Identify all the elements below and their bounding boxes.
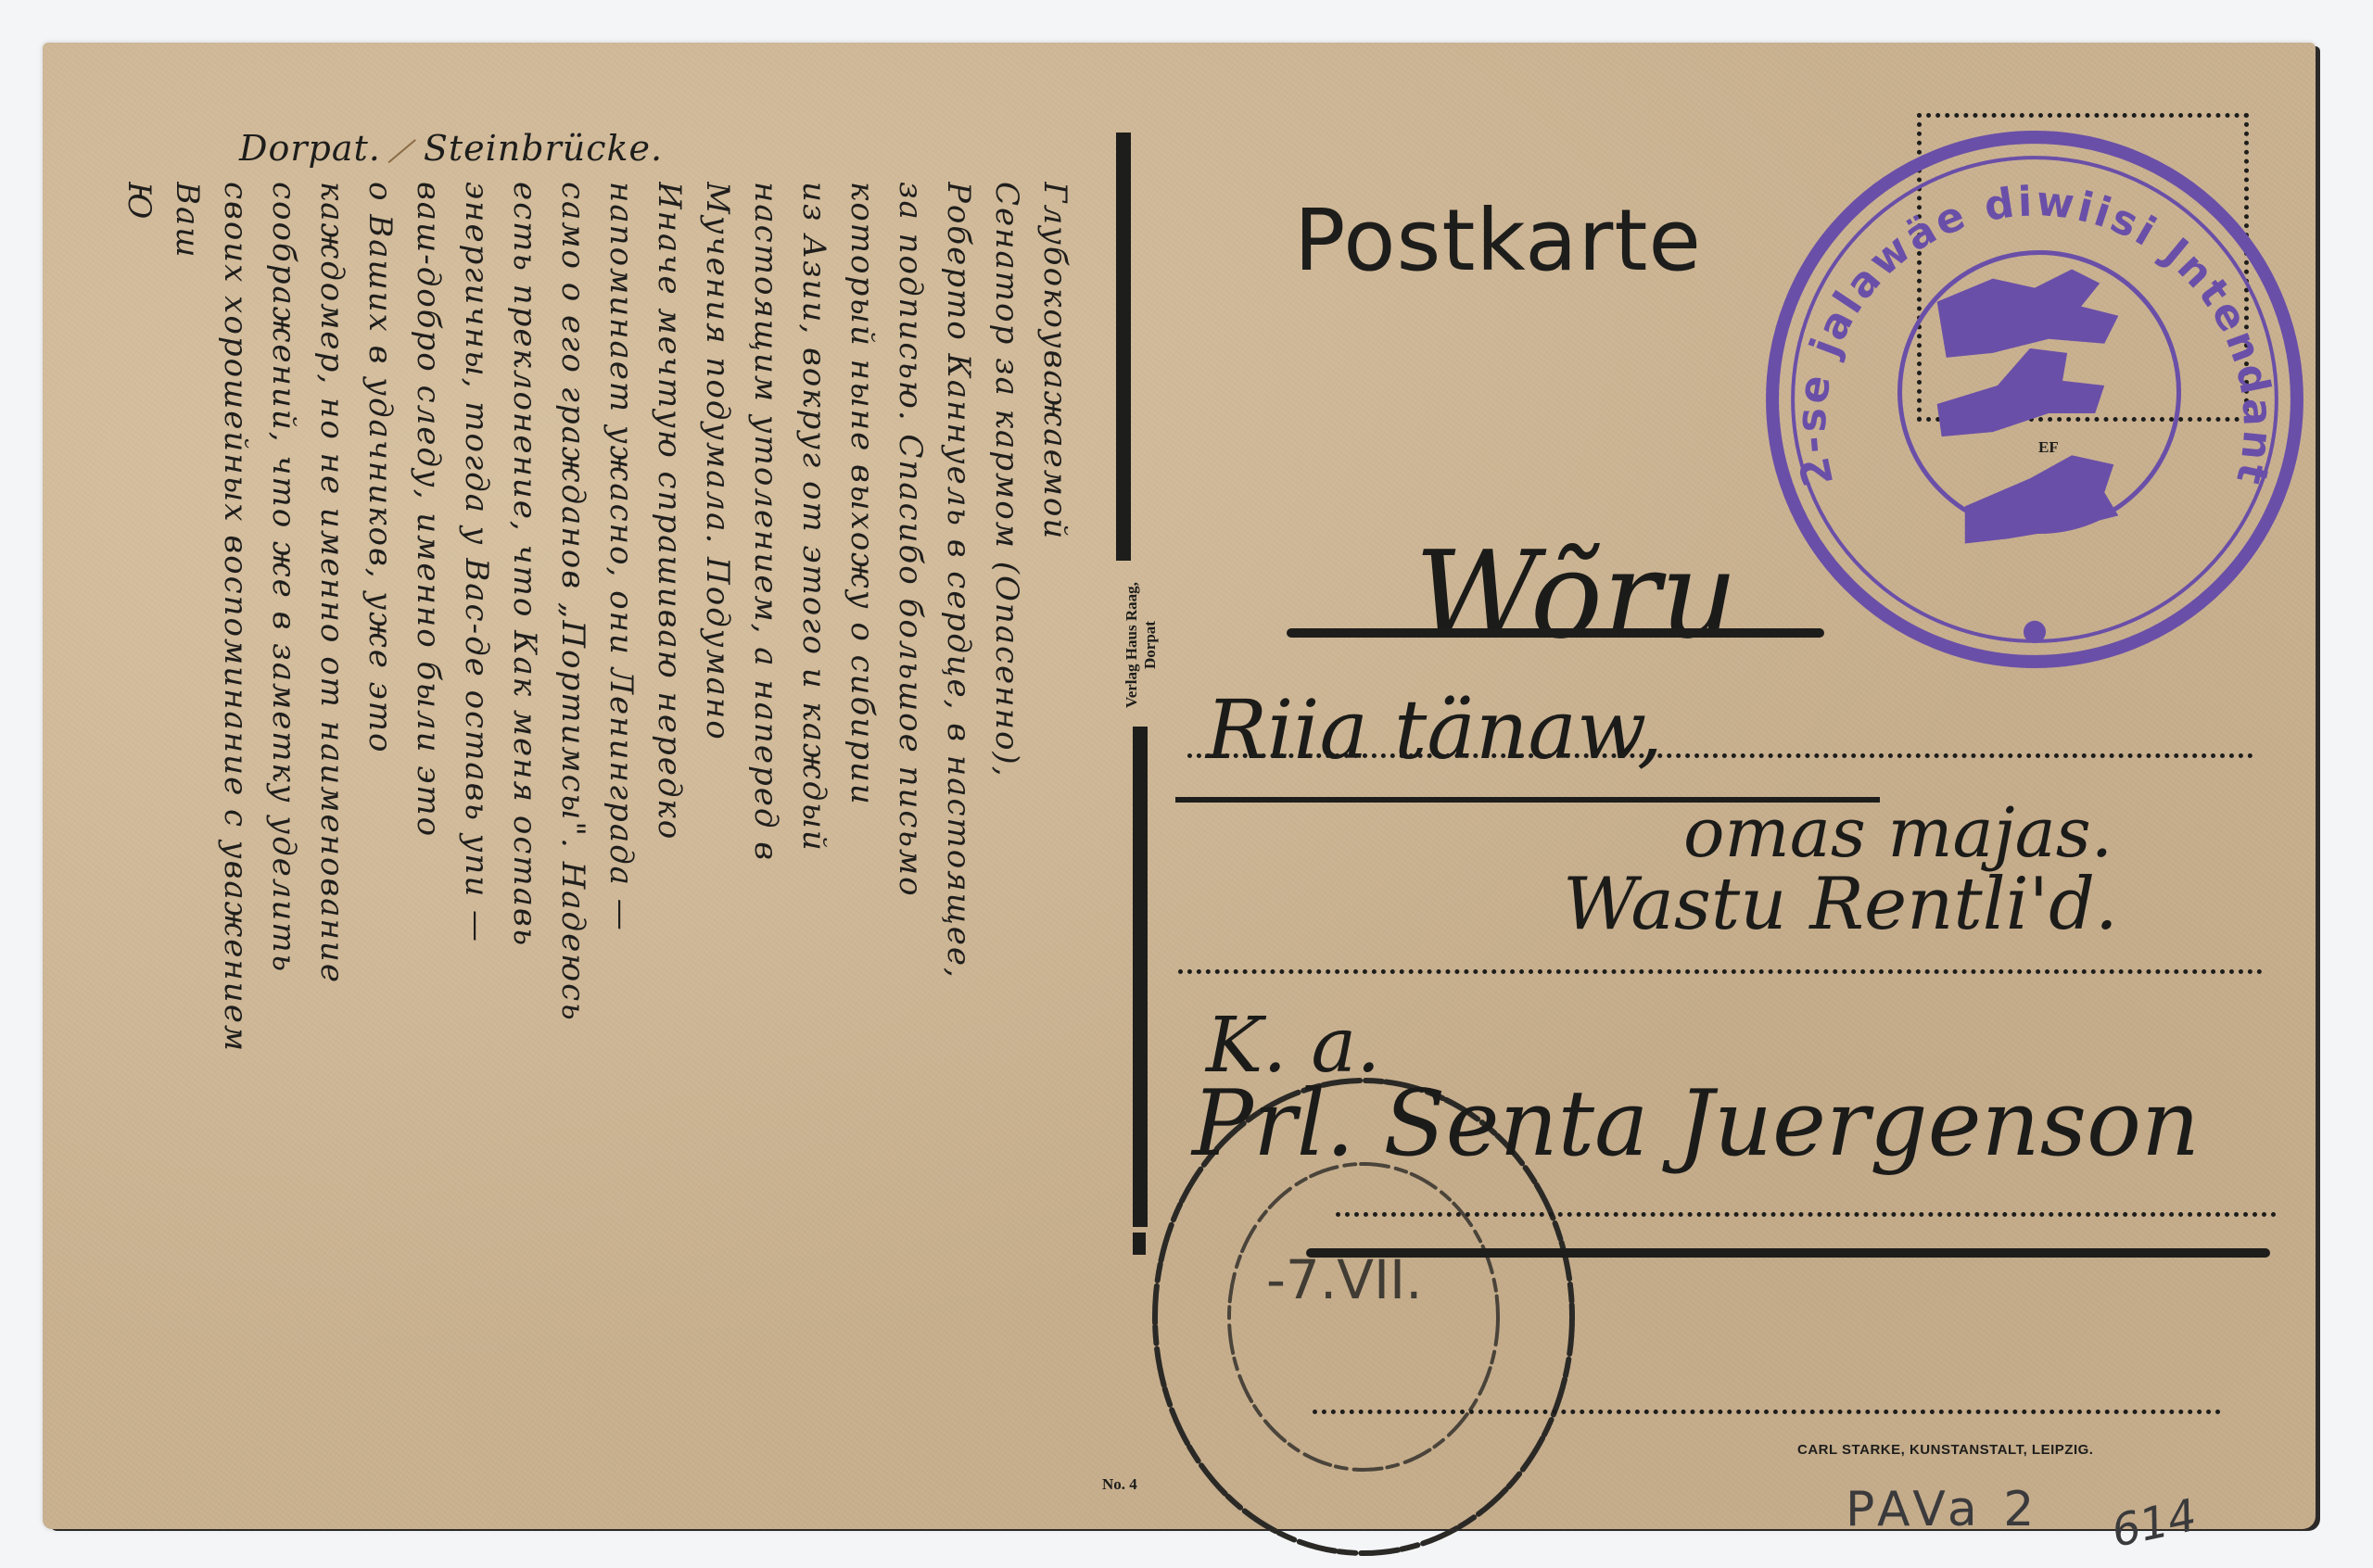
caption-place: Dorpat. <box>239 128 381 169</box>
message-line: Ю <box>113 182 165 1544</box>
message-line: за подписью. Спасибо большое письмо <box>884 182 936 1544</box>
message-line: само о его гражданов „Портимсы". Надеюсь <box>547 182 599 1544</box>
message-line: есть преклонение, что Как меня оставь <box>499 182 551 1544</box>
dotted-line-4 <box>1313 1410 2221 1414</box>
message-line: настоящим утолением, а наперед в <box>740 182 792 1544</box>
postkarte-heading: Postkarte <box>1294 191 1702 290</box>
printer-imprint: CARL STARKE, KUNSTANSTALT, LEIPZIG. <box>1797 1442 2093 1458</box>
stamp-box-label: EF <box>2038 438 2059 457</box>
dotted-line-1 <box>1187 753 2253 758</box>
message-line: своих хорошейных воспоминание с уважение… <box>209 182 261 1544</box>
address-recipient: Prl. Senta Juergenson <box>1192 1071 2200 1177</box>
underline-city <box>1287 628 1824 638</box>
underline-recipient <box>1306 1248 2270 1258</box>
dotted-line-3 <box>1336 1212 2277 1217</box>
address-house: omas majas. <box>1683 793 2113 873</box>
caption-leader-line <box>387 139 416 164</box>
divider-line-top <box>1116 133 1131 561</box>
message-line: каждомер, но не именно от наименование <box>306 182 358 1544</box>
archive-mark: PAVa 2 <box>1846 1482 2039 1537</box>
postmark-date: -7.VII. <box>1266 1248 1423 1311</box>
message-line: Роберто Каннуель в сердце, в настоящее, <box>933 182 984 1544</box>
address-city: Wõru <box>1415 525 1738 665</box>
message-line: напоминает ужасно, они Ленинграда — <box>595 182 647 1544</box>
purple-seal-icon: 2-se jalawäe diwiisi Jntendant <box>1756 120 2314 678</box>
message-line: который ныне выхожу о сибирии <box>836 182 888 1544</box>
message-line: соображений, что же в заметку уделить <box>258 182 310 1544</box>
message-line: Сенатор за кармом (Опасенно), <box>981 182 1033 1544</box>
card-number: No. 4 <box>1102 1475 1137 1494</box>
message-line: о Ваших в удачников, уже это <box>354 182 406 1544</box>
message-line: Ваш <box>161 182 213 1544</box>
picture-caption: Dorpat.Steinbrücke. <box>239 128 663 169</box>
handwritten-message: ГлубокоуважаемойСенатор за кармом (Опасе… <box>102 182 1085 1544</box>
caption-subject: Steinbrücke. <box>424 128 663 169</box>
message-line: энергичны, тогда у Вас-де оставь упи — <box>450 182 502 1544</box>
archive-number: 614 <box>2107 1489 2201 1558</box>
message-line: из Азии, вокруг от этого и каждый <box>788 182 840 1544</box>
message-line: Глубокоуважаемой <box>1029 182 1081 1544</box>
three-lions-icon <box>1937 270 2119 544</box>
message-line: Мучения подумала. Подумано <box>692 182 743 1544</box>
dotted-line-2 <box>1178 969 2263 974</box>
postcard: Dorpat.Steinbrücke. ГлубокоуважаемойСена… <box>43 43 2316 1529</box>
message-line: Иначе мечтую спрашиваю нередко <box>643 182 695 1544</box>
address-street: Riia tänaw, <box>1206 682 1663 778</box>
publisher-imprint: Verlag Haus Raag, Dorpat <box>1123 562 1145 728</box>
address-owner: Wastu Rentli'd. <box>1563 863 2118 946</box>
message-line: ваш-добро следу, именно были это <box>402 182 454 1544</box>
